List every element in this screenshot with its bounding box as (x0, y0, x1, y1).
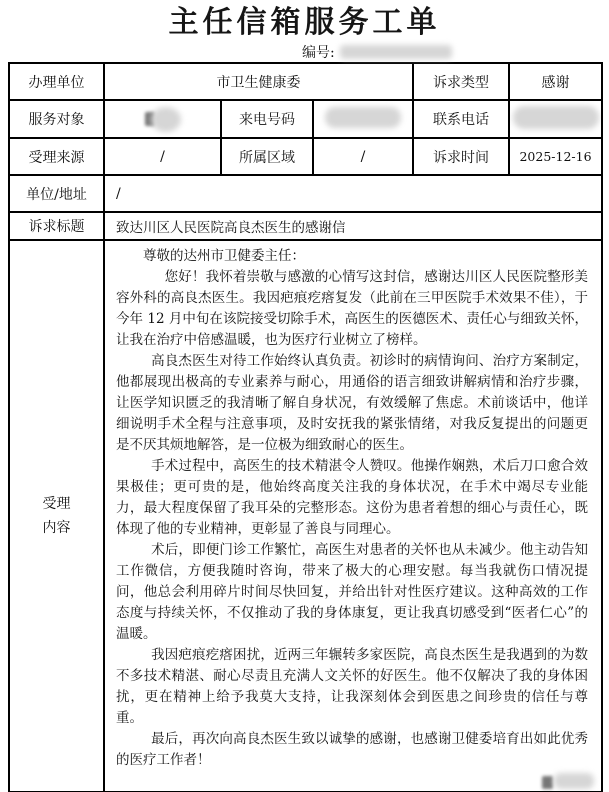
work-order-table: 办理单位 市卫生健康委 诉求类型 感谢 服务对象 来电号码 联系电话 (8, 62, 603, 792)
serial-value-redacted (340, 45, 452, 59)
caller-number-value-redacted (313, 100, 413, 138)
letter-paragraph: 最后，再次向高良杰医生致以诚挚的感谢，也感谢卫健委培育出如此优秀的医疗工作者！ (116, 729, 588, 771)
work-order-document: 主任信箱服务工单 编号: 办理单位 市卫生健康委 诉求类型 感谢 服务对象 (0, 4, 609, 792)
contact-phone-value-redacted (509, 100, 602, 138)
content-label: 受理 内容 (9, 240, 104, 792)
table-row: 单位/地址 / (9, 175, 602, 212)
appeal-type-label: 诉求类型 (413, 63, 509, 100)
letter-paragraphs: 尊敬的达州市卫健委主任：您好！我怀着崇敬与感激的心情写这封信，感谢达川区人民医院… (116, 246, 588, 771)
unit-address-label: 单位/地址 (9, 175, 104, 212)
region-label: 所属区域 (221, 138, 313, 175)
content-cell: 尊敬的达州市卫健委主任：您好！我怀着崇敬与感激的心情写这封信，感谢达川区人民医院… (104, 240, 602, 792)
appeal-time-value: 2025-12-16 (509, 138, 602, 175)
handling-unit-value: 市卫生健康委 (104, 63, 413, 100)
acceptance-source-value: / (104, 138, 221, 175)
service-target-label: 服务对象 (9, 100, 104, 138)
serial-number-line: 编号: (302, 42, 609, 61)
letter-paragraph: 我因疤痕疙瘩困扰，近两三年辗转多家医院，高良杰医生是我遇到的为数不多技术精湛、耐… (116, 645, 588, 729)
appeal-time-label: 诉求时间 (413, 138, 509, 175)
signature-redacted (542, 773, 594, 789)
contact-phone-label: 联系电话 (413, 100, 509, 138)
letter-paragraph: 手术过程中，高医生的技术精湛令人赞叹。他操作娴熟，术后刀口愈合效果极佳；更可贵的… (116, 456, 588, 540)
redaction-blob (151, 107, 181, 132)
redaction-mark (542, 776, 553, 789)
letter-paragraph: 您好！我怀着崇敬与感激的心情写这封信，感谢达川区人民医院整形美容外科的高良杰医生… (116, 267, 588, 351)
appeal-type-value: 感谢 (509, 63, 602, 100)
letter-paragraph: 尊敬的达州市卫健委主任： (116, 246, 588, 267)
redaction-blob (554, 773, 594, 789)
letter-paragraph: 术后，即便门诊工作繁忙，高医生对患者的关怀也从未减少。他主动告知工作微信，方便我… (116, 540, 588, 645)
letter-paragraph: 高良杰医生对待工作始终认真负责。初诊时的病情询问、治疗方案制定，他都展现出极高的… (116, 351, 588, 456)
service-target-value-redacted (104, 100, 221, 138)
redacted-name (145, 107, 181, 132)
appeal-title-value: 致达川区人民医院高良杰医生的感谢信 (104, 212, 602, 240)
table-row: 受理 内容 尊敬的达州市卫健委主任：您好！我怀着崇敬与感激的心情写这封信，感谢达… (9, 240, 602, 792)
acceptance-source-label: 受理来源 (9, 138, 104, 175)
table-row: 服务对象 来电号码 联系电话 (9, 100, 602, 138)
table-row: 受理来源 / 所属区域 / 诉求时间 2025-12-16 (9, 138, 602, 175)
handling-unit-label: 办理单位 (9, 63, 104, 100)
unit-address-value: / (104, 175, 602, 212)
redaction-blob (513, 106, 599, 129)
appeal-title-label: 诉求标题 (9, 212, 104, 240)
table-row: 诉求标题 致达川区人民医院高良杰医生的感谢信 (9, 212, 602, 240)
serial-label: 编号: (302, 42, 335, 62)
redaction-blob (325, 107, 401, 128)
caller-number-label: 来电号码 (221, 100, 313, 138)
page-title: 主任信箱服务工单 (0, 4, 609, 42)
table-row: 办理单位 市卫生健康委 诉求类型 感谢 (9, 63, 602, 100)
region-value: / (313, 138, 413, 175)
